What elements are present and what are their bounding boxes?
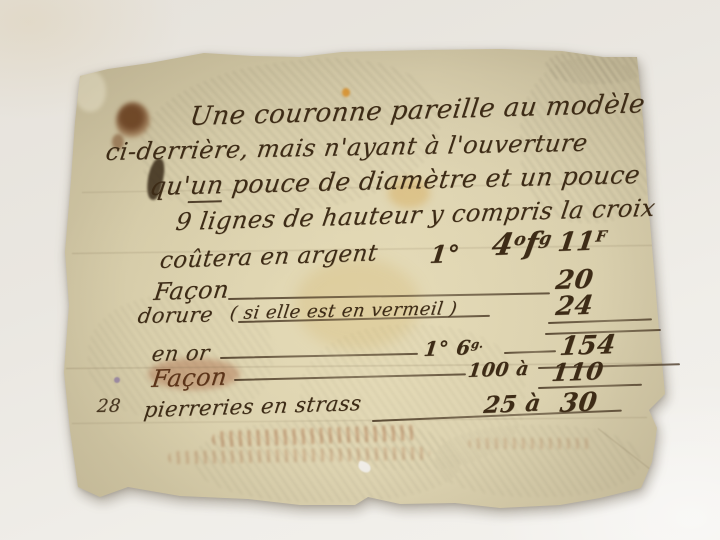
hand-drawn-rule — [234, 373, 466, 381]
weight-base: 1° 6 — [423, 335, 473, 361]
weight-fsup: g — [537, 229, 553, 250]
line3-pre: qu' — [148, 171, 192, 201]
manuscript-line-2: ci-derrière, mais n'ayant à l'ouverture — [104, 129, 590, 166]
manuscript-text: Une couronne pareille au modèle ci-derri… — [0, 0, 720, 540]
line3-post: pouce de diamètre et un pouce — [222, 160, 642, 199]
line9-range: 100 à — [467, 358, 531, 382]
manuscript-line-3: qu'un pouce de diamètre et un pouce — [148, 160, 642, 201]
hand-drawn-rule — [504, 350, 556, 354]
line5-ordinal: 1° — [428, 239, 461, 269]
line10-amount: 30 — [558, 387, 599, 419]
line10-quantity: 28 — [96, 396, 122, 417]
line10-range: 25 à — [482, 389, 542, 419]
line8-label: en or — [150, 341, 211, 366]
line7-label: dorure — [136, 302, 214, 328]
line8-weight: 1° 6g. — [423, 335, 485, 361]
photo-background: Une couronne pareille au modèle ci-derri… — [0, 0, 720, 540]
amount-base: 11 — [556, 227, 597, 258]
manuscript-line-1: Une couronne pareille au modèle — [188, 89, 647, 132]
line6-label: Façon — [152, 275, 231, 306]
line5-weight: 4ofg — [489, 226, 554, 263]
line9-amount: 110 — [550, 356, 606, 387]
weight-sup: g. — [470, 337, 484, 351]
line7-amount: 24 — [554, 291, 595, 322]
line10-label: pierreries en strass — [142, 391, 363, 422]
hand-drawn-rule — [220, 353, 418, 359]
line9-label: Façon — [150, 363, 229, 393]
line5-label: coûtera en argent — [158, 240, 379, 274]
line3-underlined-word: un — [188, 170, 225, 203]
line5-amount: 11F — [556, 226, 608, 258]
amount-sup: F — [595, 227, 608, 245]
